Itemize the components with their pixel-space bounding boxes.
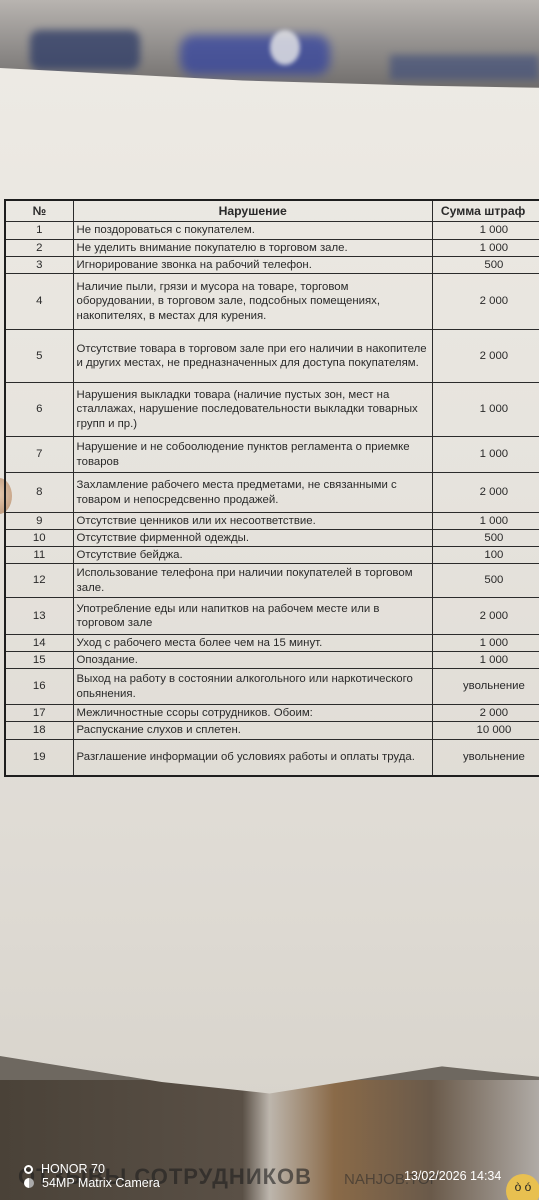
table-row: 5Отсутствие товара в торговом зале при е… — [5, 330, 539, 383]
row-violation: Распускание слухов и сплетен. — [73, 722, 432, 740]
row-violation: Не уделить внимание покупателю в торгово… — [73, 240, 432, 257]
row-violation: Употребление еды или напитков на рабочем… — [73, 598, 432, 635]
row-fine: 2 000 — [432, 330, 539, 383]
row-number: 5 — [5, 330, 73, 383]
row-number: 9 — [5, 513, 73, 530]
header-fine: Сумма штраф — [432, 200, 539, 222]
row-number: 11 — [5, 547, 73, 564]
row-violation: Разглашение информации об условиях работ… — [73, 740, 432, 776]
row-violation: Межличностные ссоры сотрудников. Обоим: — [73, 705, 432, 722]
table-row: 15Опоздание.1 000 — [5, 652, 539, 669]
row-number: 7 — [5, 437, 73, 473]
row-number: 17 — [5, 705, 73, 722]
row-violation: Игнорирование звонка на рабочий телефон. — [73, 257, 432, 274]
row-fine: 2 000 — [432, 274, 539, 330]
row-violation: Выход на работу в состоянии алкогольного… — [73, 669, 432, 705]
table-row: 7Нарушение и не собоолюдение пунктов рег… — [5, 437, 539, 473]
row-fine: 1 000 — [432, 240, 539, 257]
table-row: 8Захламление рабочего места предметами, … — [5, 473, 539, 513]
row-fine: 500 — [432, 530, 539, 547]
row-fine: увольнение — [432, 740, 539, 776]
row-number: 2 — [5, 240, 73, 257]
row-fine: 10 000 — [432, 722, 539, 740]
background-object — [270, 30, 300, 65]
row-number: 4 — [5, 274, 73, 330]
row-fine: 1 000 — [432, 513, 539, 530]
row-fine: 1 000 — [432, 635, 539, 652]
row-number: 15 — [5, 652, 73, 669]
background-object — [390, 55, 539, 80]
table-row: 6Нарушения выкладки товара (наличие пуст… — [5, 383, 539, 437]
header-number: № — [5, 200, 73, 222]
camera-model-label: 54MP Matrix Camera — [24, 1176, 160, 1190]
row-number: 16 — [5, 669, 73, 705]
row-number: 6 — [5, 383, 73, 437]
row-violation: Нарушения выкладки товара (наличие пусты… — [73, 383, 432, 437]
background-object — [30, 30, 140, 70]
table-row: 16Выход на работу в состоянии алкогольно… — [5, 669, 539, 705]
row-number: 13 — [5, 598, 73, 635]
header-violation: Нарушение — [73, 200, 432, 222]
table-row: 11Отсутствие бейджа.100 — [5, 547, 539, 564]
table-row: 4Наличие пыли, грязи и мусора на товаре,… — [5, 274, 539, 330]
device-name: HONOR 70 — [41, 1162, 105, 1176]
row-fine: 1 000 — [432, 437, 539, 473]
row-number: 18 — [5, 722, 73, 740]
row-number: 3 — [5, 257, 73, 274]
camera-device-label: HONOR 70 — [24, 1162, 105, 1176]
row-fine: 500 — [432, 257, 539, 274]
row-violation: Уход с рабочего места более чем на 15 ми… — [73, 635, 432, 652]
row-violation: Использование телефона при наличии покуп… — [73, 564, 432, 598]
row-fine: 500 — [432, 564, 539, 598]
row-fine: 1 000 — [432, 383, 539, 437]
table-row: 13Употребление еды или напитков на рабоч… — [5, 598, 539, 635]
row-violation: Отсутствие ценников или их несоответстви… — [73, 513, 432, 530]
row-violation: Опоздание. — [73, 652, 432, 669]
row-violation: Захламление рабочего места предметами, н… — [73, 473, 432, 513]
angry-emoji-icon: ò ó — [506, 1174, 539, 1200]
row-number: 12 — [5, 564, 73, 598]
row-fine: 100 — [432, 547, 539, 564]
row-fine: 2 000 — [432, 705, 539, 722]
row-violation: Не поздороваться с покупателем. — [73, 222, 432, 240]
row-fine: 2 000 — [432, 473, 539, 513]
row-violation: Отсутствие товара в торговом зале при ег… — [73, 330, 432, 383]
row-fine: 1 000 — [432, 222, 539, 240]
table-row: 3Игнорирование звонка на рабочий телефон… — [5, 257, 539, 274]
row-number: 19 — [5, 740, 73, 776]
table-header-row: № Нарушение Сумма штраф — [5, 200, 539, 222]
row-number: 14 — [5, 635, 73, 652]
table-row: 17Межличностные ссоры сотрудников. Обоим… — [5, 705, 539, 722]
row-violation: Отсутствие фирменной одежды. — [73, 530, 432, 547]
row-violation: Нарушение и не собоолюдение пунктов регл… — [73, 437, 432, 473]
table-row: 1Не поздороваться с покупателем.1 000 — [5, 222, 539, 240]
table-row: 18Распускание слухов и сплетен.10 000 — [5, 722, 539, 740]
row-violation: Наличие пыли, грязи и мусора на товаре, … — [73, 274, 432, 330]
aperture-icon — [24, 1178, 34, 1188]
photo-timestamp: 13/02/2026 14:34 — [404, 1169, 501, 1183]
row-fine: увольнение — [432, 669, 539, 705]
table-row: 2Не уделить внимание покупателю в торгов… — [5, 240, 539, 257]
table-row: 19Разглашение информации об условиях раб… — [5, 740, 539, 776]
camera-name: 54MP Matrix Camera — [42, 1176, 160, 1190]
table-row: 14Уход с рабочего места более чем на 15 … — [5, 635, 539, 652]
ring-icon — [24, 1165, 33, 1174]
fines-table: № Нарушение Сумма штраф 1Не поздороватьс… — [4, 199, 539, 777]
row-number: 1 — [5, 222, 73, 240]
table-row: 9Отсутствие ценников или их несоответств… — [5, 513, 539, 530]
row-violation: Отсутствие бейджа. — [73, 547, 432, 564]
row-fine: 2 000 — [432, 598, 539, 635]
table-row: 12Использование телефона при наличии пок… — [5, 564, 539, 598]
background-object — [180, 35, 330, 75]
table-row: 10Отсутствие фирменной одежды.500 — [5, 530, 539, 547]
row-fine: 1 000 — [432, 652, 539, 669]
row-number: 8 — [5, 473, 73, 513]
row-number: 10 — [5, 530, 73, 547]
